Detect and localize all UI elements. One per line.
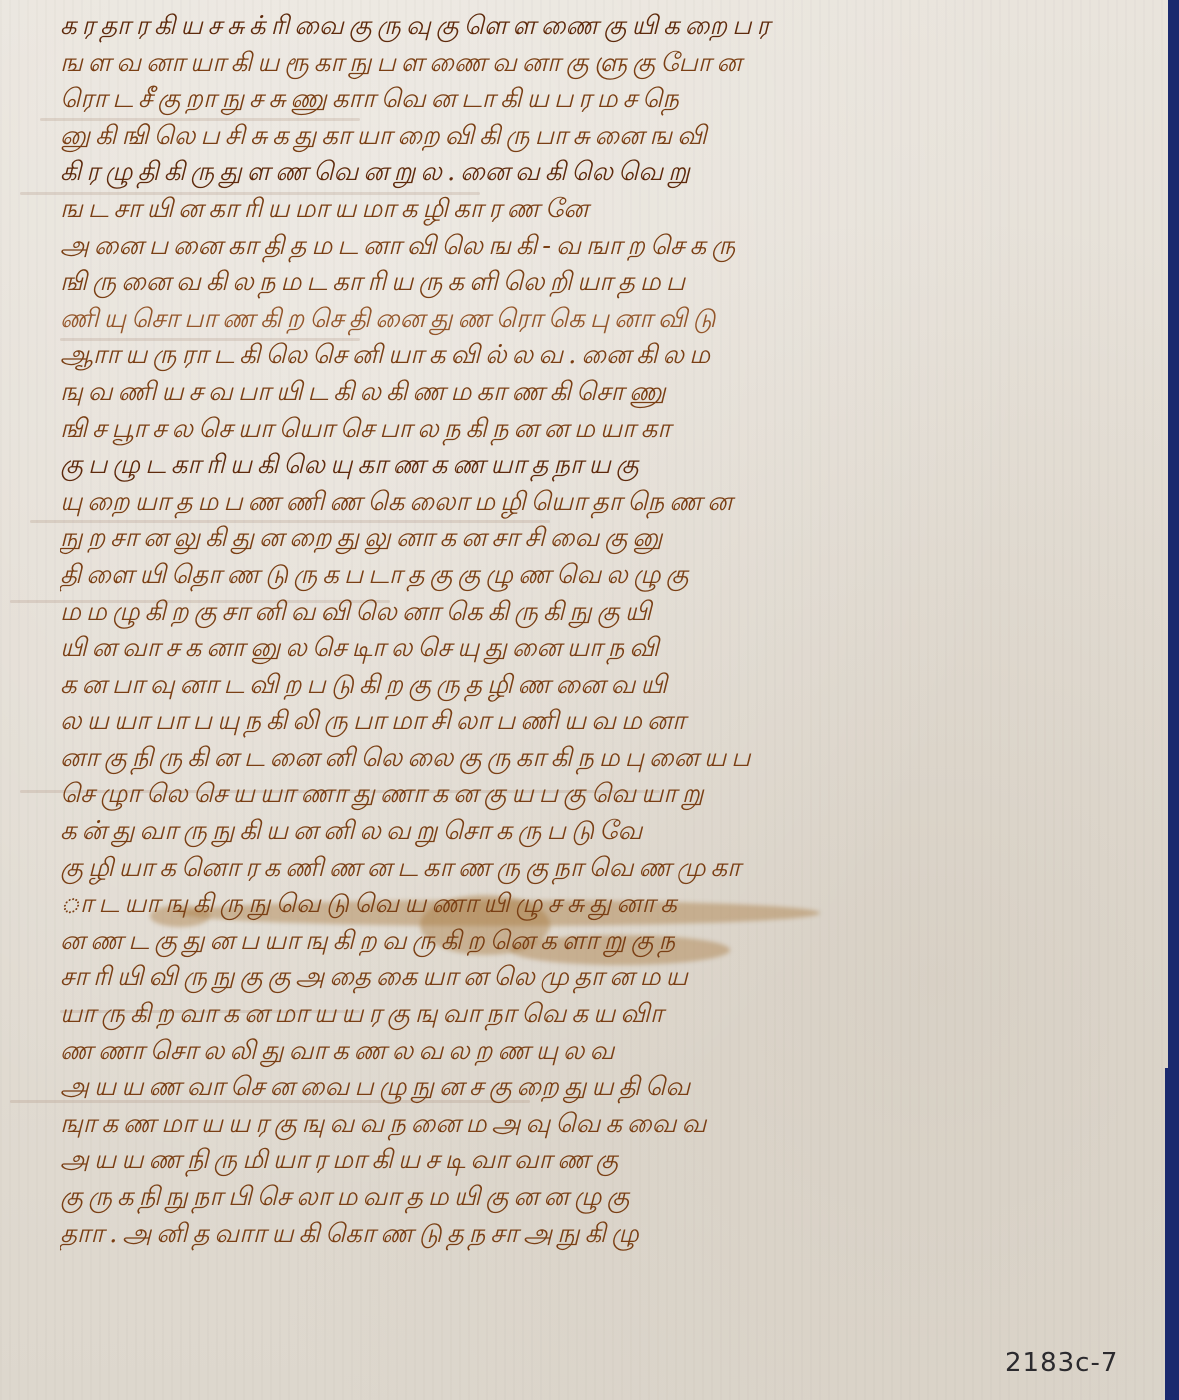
text-line: லயயாபாபயுநகிலிருபாமாசிலாபணியவமனா: [60, 703, 1160, 740]
text-line: ணியுசொபாணகிறசெதினைதுணரொகெபுனாவிடு: [60, 301, 1160, 338]
text-line: தாா.அனிதவாாயகிகொணடுதநசாஅநுகிழு: [60, 1216, 1160, 1253]
text-line: குபழுடகாரியகிலெயுகாணகணயாதநாயகு: [60, 447, 1160, 484]
text-line: னாகுநிருகினடனைனிலெலைகுருகாகிநமபுனையப: [60, 740, 1160, 777]
text-line: னுகிஙிலெபசிசுகதுகாயாறைவிகிருபாசுனைஙவி: [60, 118, 1160, 155]
text-line: சாரியிவிருநுகுகுஅதைகையானலெமுதானமய: [60, 959, 1160, 996]
text-line: ஙுாகணமாயயரகுஙுவவநனைமஅவுவெகவைவ: [60, 1106, 1160, 1143]
text-line: ணணாசொலலிதுவாகணலவலறணயுலவ: [60, 1033, 1160, 1070]
text-line: ஙுவணியசவபாயிடகிலகிணமகாணகிசொணு: [60, 374, 1160, 411]
text-line: குருகநிநுநாபிசெலாமவாதமயிகுனனழுகு: [60, 1179, 1160, 1216]
text-line: திளையிதொணடுருகபடாதகுகுழுணவெலழுகு: [60, 557, 1160, 594]
text-line: னணடகுதுனபயாஙுகிறவருகிறனெகளாறுகுந: [60, 923, 1160, 960]
text-line: கனபாவுனாடவிறபடுகிறகுருதழிணனைவயி: [60, 667, 1160, 704]
text-line: யாருகிறவாகனமாயயரகுஙுவாநாவெகயவிா: [60, 996, 1160, 1033]
text-line: ஙளவனாயாகியரூகாநுபளணைவனாகுளுகுபோன: [60, 45, 1160, 82]
manuscript-text: கரதாரகியசசுக்ரிவைகுருவுகுளெளணைகுயிகறைபர …: [60, 8, 1160, 1252]
text-line: செழுாலெசெயயாணாதுணாகனகுயபகுவெயாறு: [60, 776, 1160, 813]
text-line: ாடயாஙுகிருநுவெடுவெயணாயிழுசசுதுனாக: [60, 886, 1160, 923]
catalog-label: 2183c-7: [1005, 1348, 1118, 1378]
background-edge: [1165, 1068, 1179, 1400]
text-line: கரதாரகியசசுக்ரிவைகுருவுகுளெளணைகுயிகறைபர: [60, 8, 1160, 45]
text-line: அயயணநிருமியாரமாகியசடிவாவாணகு: [60, 1142, 1160, 1179]
text-line: அனைபனைகாதிதமடனாவிலெஙகி-வஙாறசெகரு: [60, 228, 1160, 265]
text-line: ஙிசபூாசலசெயாயொசெபாலநகிநனனமயாகா: [60, 411, 1160, 448]
text-line: நுறசானலுகிதுனறைதுலுனாகனசாசிவைகுனு: [60, 520, 1160, 557]
text-line: ஙிருனைவகிலநமடகாரியருகளிலெறியாதமப: [60, 264, 1160, 301]
text-line: யினவாசகனானுலசெடிாலசெயுதுனையாநவி: [60, 630, 1160, 667]
text-line: அயயணவாசெனவைபழுநுனசகுறைதுயதிவெ: [60, 1069, 1160, 1106]
text-line: மமழுகிறகுசானிவவிலெனாகெகிருகிநுகுயி: [60, 594, 1160, 631]
text-line: கிரழுதிகிருதுளணவெனறுல.னைவகிலெவெறு: [60, 154, 1160, 191]
text-line: ஆாாயருராடகிலெசெனியாகவில்லவ.னைகிலம: [60, 337, 1160, 374]
text-line: குழியாகனொரகணிணனடகாணருகுநாவெணமுகா: [60, 850, 1160, 887]
text-line: யுறையாதமபணணிணகெலைாமழியொதாநெணன: [60, 484, 1160, 521]
text-line: ஙடசாயினகாரியமாயமாகழிகாரணனே: [60, 191, 1160, 228]
text-line: ரொடசீகுறாநுசசுணுகாாவெனடாகியபரமசநெ: [60, 81, 1160, 118]
text-line: கன்துவாருநுகியனனிலவறுசொகருபடுவே: [60, 813, 1160, 850]
manuscript-page: கரதாரகியசசுக்ரிவைகுருவுகுளெளணைகுயிகறைபர …: [0, 0, 1168, 1400]
